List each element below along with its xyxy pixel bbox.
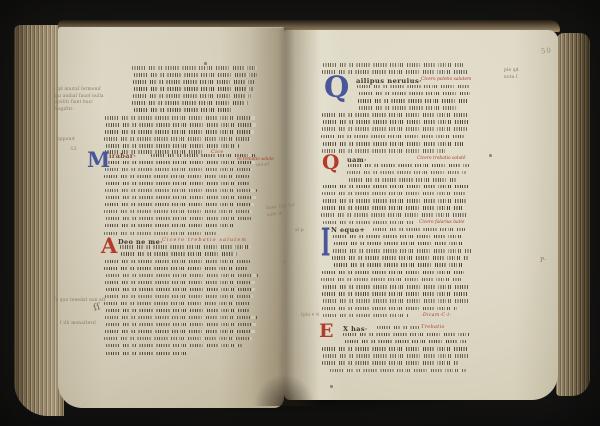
page-left-verso	[58, 27, 284, 408]
page-edges-right	[556, 33, 590, 396]
manuscript-photo: 50 MAQQIEirabar·Deo ne me·ailipus neruiu…	[0, 0, 600, 426]
page-right-recto	[284, 30, 558, 400]
page-edges-left	[14, 25, 64, 416]
folio-number: 50	[541, 46, 553, 55]
